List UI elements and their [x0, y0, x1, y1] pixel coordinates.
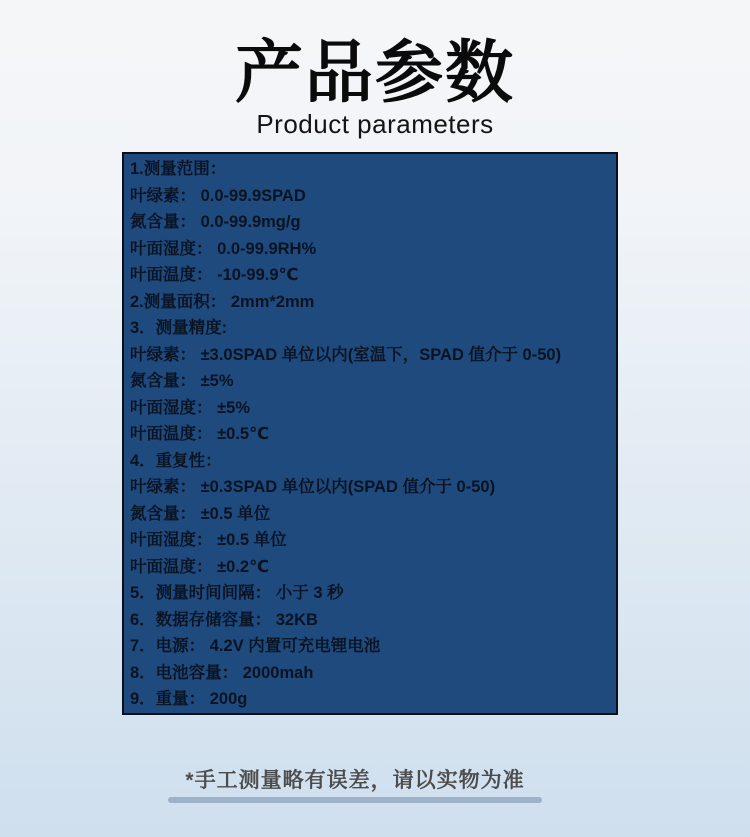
spec-line-leaf-temperature-repeatability: 叶面温度： ±0.2℃: [130, 554, 612, 581]
page-subtitle: Product parameters: [0, 110, 750, 138]
spec-line-leaf-humidity-range: 叶面湿度： 0.0-99.9RH%: [130, 236, 612, 263]
spec-line-measure-area: 2.测量面积： 2mm*2mm: [130, 289, 612, 316]
spec-line-battery-capacity: 8．电池容量： 2000mah: [130, 660, 612, 687]
spec-line-nitrogen-accuracy: 氮含量： ±5%: [130, 368, 612, 395]
page-title: 产品参数: [0, 38, 750, 108]
spec-line-weight: 9．重量： 200g: [130, 686, 612, 713]
spec-line-chlorophyll-range: 叶绿素： 0.0-99.9SPAD: [130, 183, 612, 210]
spec-line-leaf-temperature-accuracy: 叶面温度： ±0.5℃: [130, 421, 612, 448]
page-header: 产品参数 Product parameters: [0, 0, 750, 138]
spec-line-leaf-humidity-repeatability: 叶面湿度： ±0.5 单位: [130, 527, 612, 554]
spec-line-chlorophyll-accuracy: 叶绿素： ±3.0SPAD 单位以内(室温下，SPAD 值介于 0-50): [130, 342, 612, 369]
footnote: *手工测量略有误差，请以实物为准: [20, 768, 690, 803]
spec-line-storage-capacity: 6．数据存储容量： 32KB: [130, 607, 612, 634]
spec-line-measure-interval: 5．测量时间间隔： 小于 3 秒: [130, 580, 612, 607]
spec-panel: 1.测量范围： 叶绿素： 0.0-99.9SPAD 氮含量： 0.0-99.9m…: [122, 152, 618, 715]
spec-line-measure-range-heading: 1.测量范围：: [130, 156, 612, 183]
spec-line-power-supply: 7．电源： 4.2V 内置可充电锂电池: [130, 633, 612, 660]
spec-line-leaf-temperature-range: 叶面温度： -10-99.9℃: [130, 262, 612, 289]
spec-line-nitrogen-range: 氮含量： 0.0-99.9mg/g: [130, 209, 612, 236]
spec-line-nitrogen-repeatability: 氮含量： ±0.5 单位: [130, 501, 612, 528]
spec-line-chlorophyll-repeatability: 叶绿素： ±0.3SPAD 单位以内(SPAD 值介于 0-50): [130, 474, 612, 501]
spec-line-leaf-humidity-accuracy: 叶面湿度： ±5%: [130, 395, 612, 422]
spec-line-accuracy-heading: 3．测量精度:: [130, 315, 612, 342]
footnote-underline-bar: [168, 797, 542, 803]
spec-line-repeatability-heading: 4．重复性：: [130, 448, 612, 475]
footnote-text: *手工测量略有误差，请以实物为准: [20, 768, 690, 793]
